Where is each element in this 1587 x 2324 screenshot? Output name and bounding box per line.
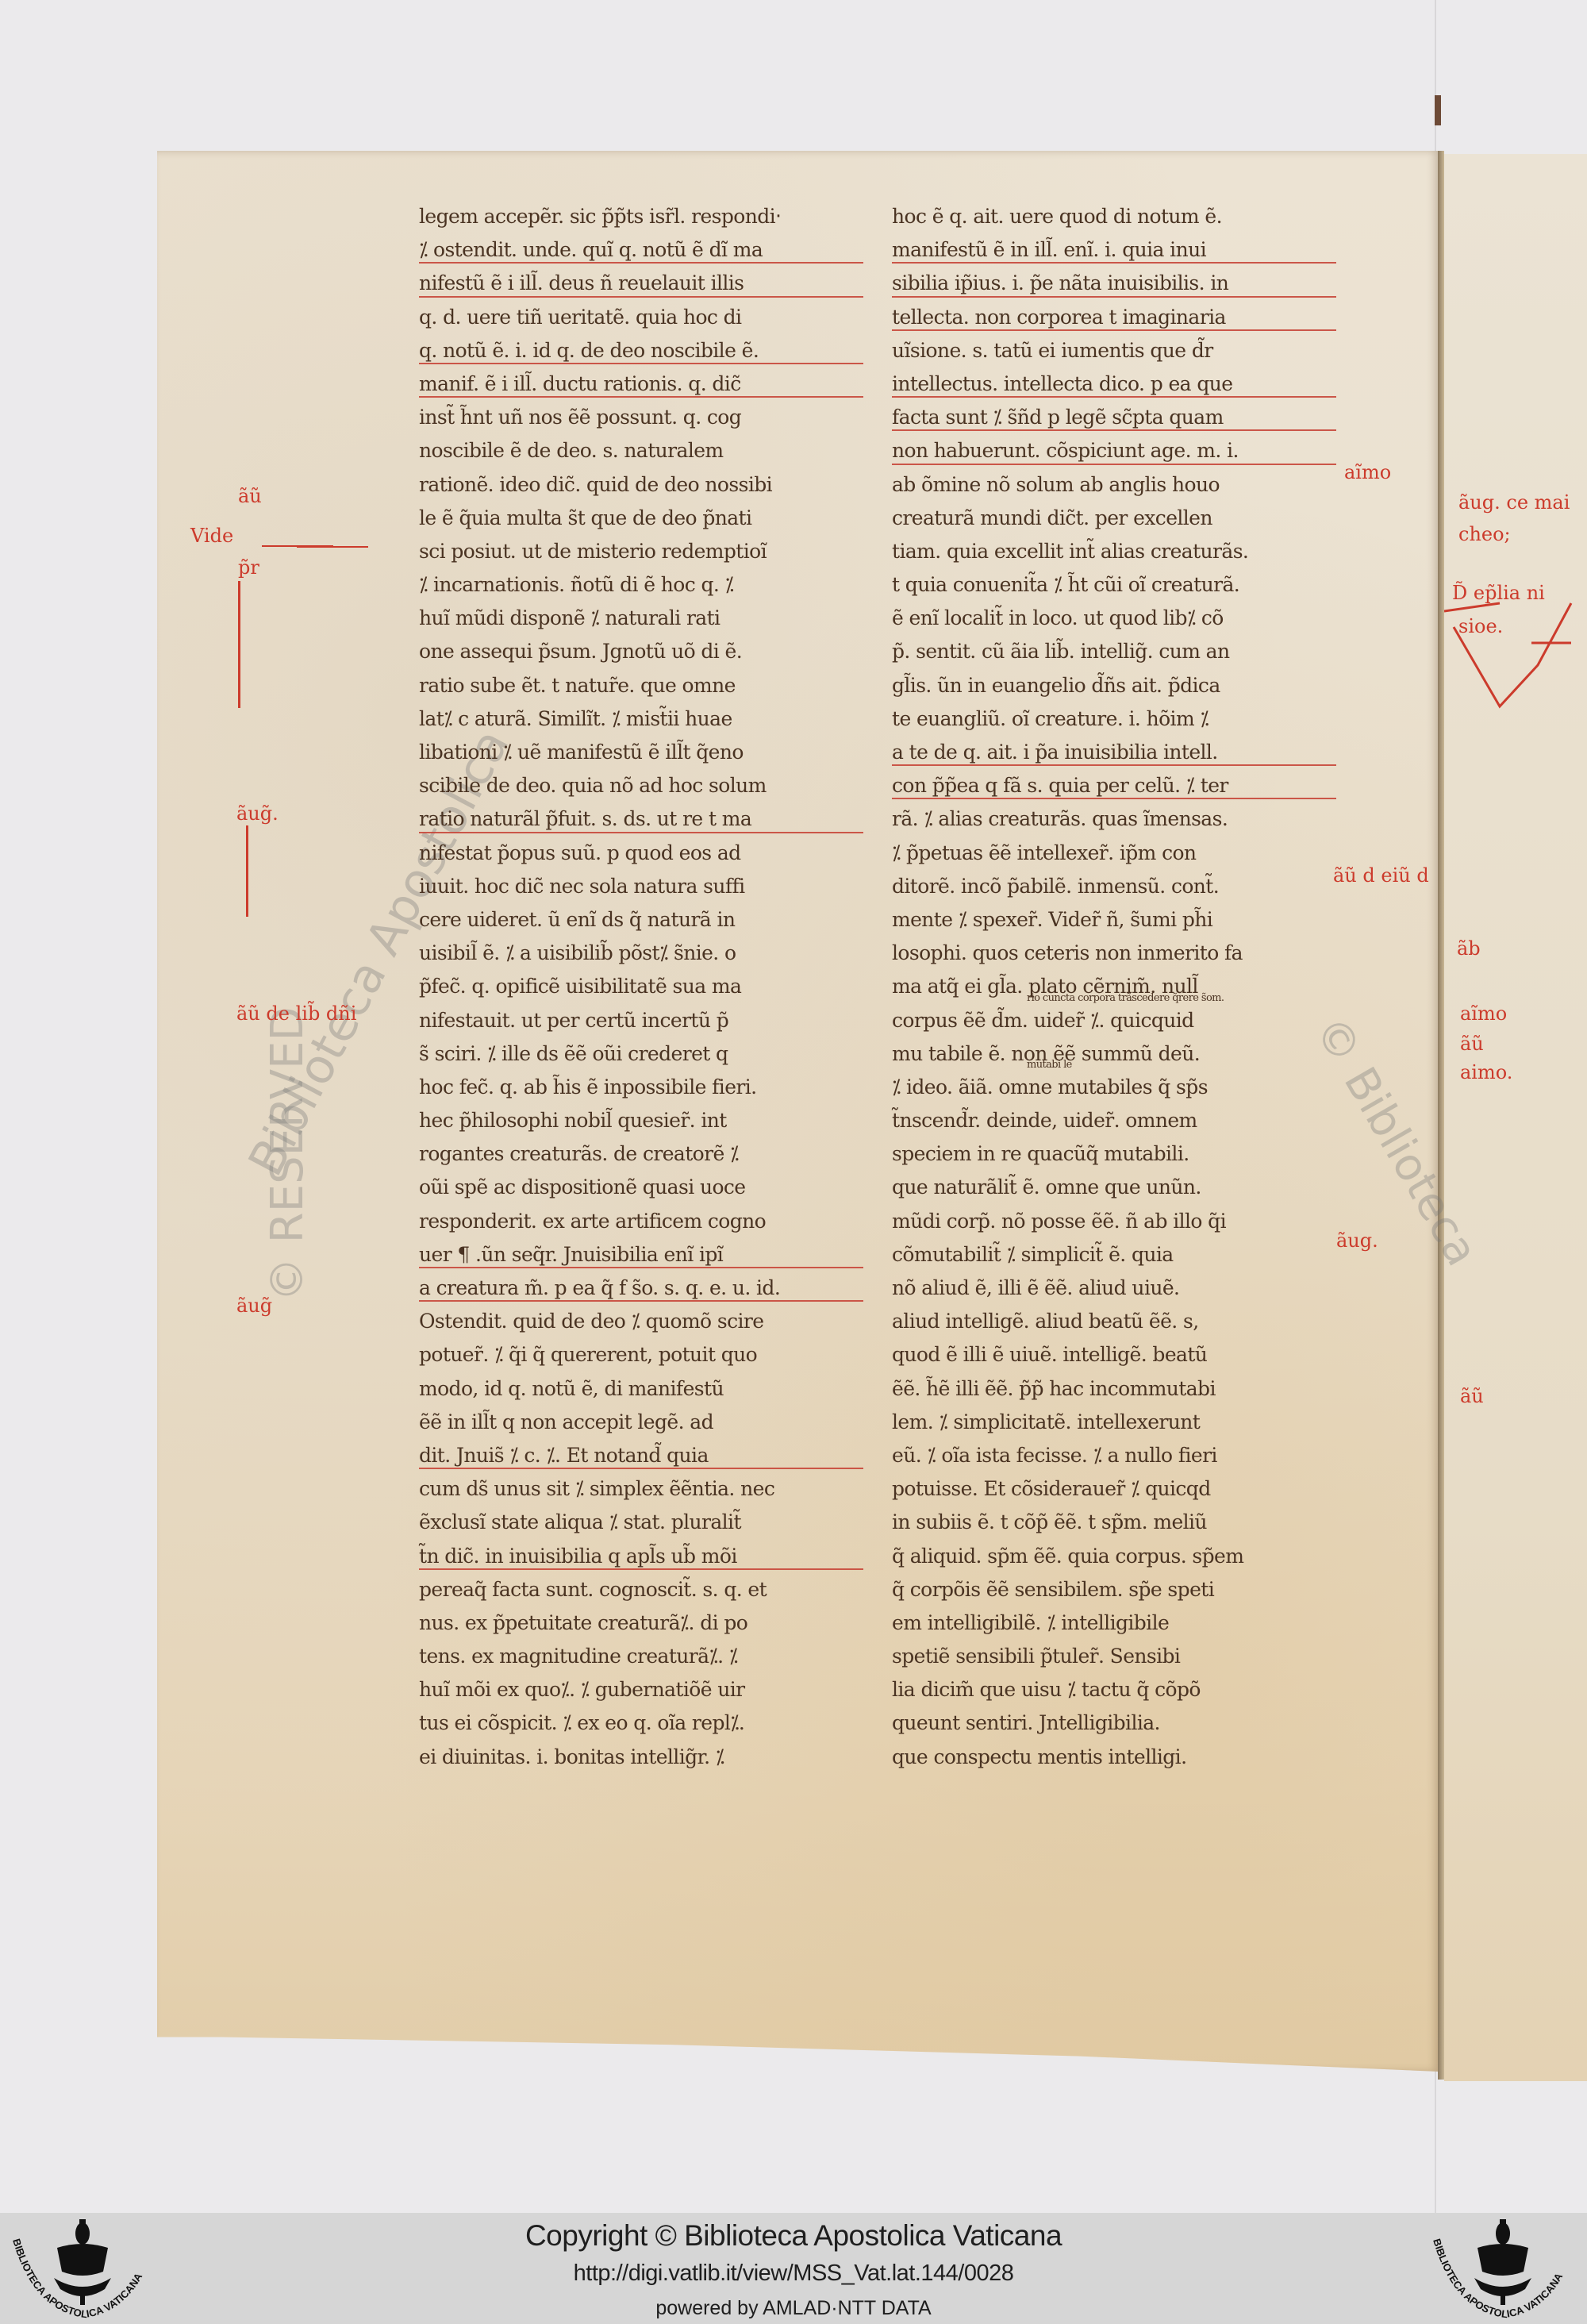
manuscript-line: queunt sentiri. Jntelligibilia. — [892, 1706, 1336, 1740]
manuscript-line: ditorẽ. incõ p̃abilẽ. inmensũ. cont̃… — [892, 870, 1336, 903]
manuscript-line: in subiis ẽ. t cõp̃ ẽẽ. t sp̃m. meli… — [892, 1506, 1336, 1539]
manuscript-line: t̃nscend̃r. deinde, uider̃. omnem — [892, 1104, 1336, 1137]
manuscript-line: ab õmine nõ solum ab anglis houo — [892, 468, 1336, 502]
manuscript-line: ⁒ incarnationis. ñotũ di ẽ hoc q. ⁒ — [419, 568, 863, 602]
manuscript-line: q̃ corpõis ẽẽ sensibilem. sp̃e speti — [892, 1573, 1336, 1606]
powered-by-text: powered by AMLAD·NTT DATA — [0, 2297, 1587, 2320]
margin-bracket — [238, 581, 240, 708]
manuscript-line: s̃ sciri. ⁒ ille ds ẽẽ oũi crederet q — [419, 1037, 863, 1071]
manuscript-line: q. notũ ẽ. i. id q. de deo noscibile e… — [419, 334, 863, 367]
margin-note: aĩmo — [1344, 460, 1391, 484]
manuscript-line: q̃ aliquid. sp̃m ẽẽ. quia corpus. sp̃e… — [892, 1540, 1336, 1573]
margin-note: ãũ — [1460, 1032, 1484, 1056]
manuscript-line: libationi ⁒ uẽ manifestũ ẽ ill̃t q̃en… — [419, 736, 863, 769]
manuscript-line: nus. ex p̃petuitate creaturã⁒. di po — [419, 1606, 863, 1640]
manuscript-line: mũdi corp̃. nõ posse ẽẽ. ñ ab illo … — [892, 1205, 1336, 1238]
manuscript-line: ei diuinitas. i. bonitas intellig̃r. ⁒ — [419, 1741, 863, 1774]
margin-note: ãug̃. — [236, 802, 279, 825]
manuscript-line: modo, id q. notũ ẽ, di manifestũ — [419, 1372, 863, 1406]
manuscript-line: nifestauit. ut per certũ incertũ p̃ — [419, 1004, 863, 1037]
manuscript-line: hec p̃hilosophi nobil̃ quesier̃. int — [419, 1104, 863, 1137]
manuscript-line: scibile de deo. quia nõ ad hoc solum — [419, 769, 863, 802]
manuscript-line: mente ⁒ spexer̃. Vider̃ ñ, s̃umi ph̃i — [892, 903, 1336, 937]
manuscript-line: nifestat p̃opus suũ. p quod eos ad — [419, 837, 863, 870]
margin-note: ãb — [1457, 937, 1481, 960]
manuscript-line: que conspectu mentis intelligi. — [892, 1741, 1336, 1774]
manuscript-line: responderit. ex arte artificem cogno — [419, 1205, 863, 1238]
manuscript-line: manifestũ ẽ in ill̃. enĩ. i. quia inu… — [892, 233, 1336, 267]
manuscript-line: legem accepẽr. sic p̃p̃ts isr̃l. respon… — [419, 200, 863, 233]
manuscript-line: quod ẽ illi ẽ uiuẽ. intelligẽ. beatu… — [892, 1338, 1336, 1372]
manuscript-line: facta sunt ⁒ s̃ñd p legẽ sc̃pta quam — [892, 401, 1336, 434]
page-gutter — [1438, 151, 1444, 2080]
binding-tab — [1435, 95, 1441, 125]
margin-note: ãug. — [1336, 1229, 1378, 1252]
margin-bracket — [246, 825, 248, 917]
manuscript-line: gl̃is. ũn in euangelio d̃ñs ait. p̃dic… — [892, 669, 1336, 702]
manuscript-line: cõmutabilit̃ ⁒ simplicit̃ ẽ. quia — [892, 1238, 1336, 1272]
manuscript-line: ⁒ ostendit. unde. quĩ q. notũ ẽ dĩ m… — [419, 233, 863, 267]
manuscript-line: t quia conuenit̃a ⁒ h̃t cũi oĩ creatur… — [892, 568, 1336, 602]
manuscript-line: corpus ẽẽ d̃m. uider̃ ⁒. quicquid — [892, 1004, 1336, 1037]
manuscript-line: p̃. sentit. cũ ãia lib̃. intellig̃. cu… — [892, 635, 1336, 668]
watermark-text: © RESERVED — [262, 1006, 313, 1302]
manuscript-line: uer ¶ .ũn seq̃r. Jnuisibilia enĩ ipĩ — [419, 1238, 863, 1272]
manuscript-line: lem. ⁒ simplicitatẽ. intellexerunt — [892, 1406, 1336, 1439]
manuscript-line: aliud intelligẽ. aliud beatũ ẽẽ. s, — [892, 1305, 1336, 1338]
interlinear-gloss: rio cuncta corpora trãscedere q̃rere s̃… — [1027, 993, 1224, 1004]
manuscript-line: em intelligibilẽ. ⁒ intelligibile — [892, 1606, 1336, 1640]
margin-bracket — [297, 546, 368, 548]
manuscript-line: ẽẽ in ill̃t q non accepit legẽ. ad — [419, 1406, 863, 1439]
text-column-left: legem accepẽr. sic p̃p̃ts isr̃l. respon… — [419, 200, 863, 1774]
manuscript-line: le ẽ q̃uia multa s̃t que de deo p̃nati — [419, 502, 863, 535]
image-viewer[interactable]: Biblioteca Apostolica © RESERVED © Bibli… — [0, 0, 1587, 2213]
manuscript-line: hoc fec̃. q. ab h̃is ẽ inpossibile fier… — [419, 1071, 863, 1104]
manuscript-line: q. d. uere tiñ ueritatẽ. quia hoc di — [419, 301, 863, 334]
manuscript-line: tus ei cõspicit. ⁒ ex eo q. oĩa repl⁒. — [419, 1706, 863, 1740]
manuscript-line: tiam. quia excellit int̃ alias creaturã… — [892, 535, 1336, 568]
manuscript-line: dit. Jnuis̃ ⁒ c. ⁒. Et notand̃ quia — [419, 1439, 863, 1472]
manuscript-line: losophi. quos ceteris non inmerito fa — [892, 937, 1336, 970]
manuscript-line: iuuit. hoc dic̃ nec sola natura suffi — [419, 870, 863, 903]
manuscript-line: t̃n dic̃. in inuisibilia q apl̃s ub̃ mõ… — [419, 1540, 863, 1573]
manuscript-line: potuer̃. ⁒ q̃i q̃ quererent, potuit quo — [419, 1338, 863, 1372]
manuscript-line: ⁒ p̃petuas ẽẽ intellexer̃. ip̃m con — [892, 837, 1336, 870]
manuscript-line: manif. ẽ i ill̃. ductu rationis. q. dic… — [419, 367, 863, 401]
manuscript-line: con p̃p̃ea q fã s. quia per celũ. ⁒ te… — [892, 769, 1336, 802]
manuscript-line: sibilia ip̃ius. i. p̃e nãta inuisibilis… — [892, 267, 1336, 300]
margin-note: aimo. — [1460, 1060, 1512, 1084]
margin-note: ãũ de lib̃ dñi — [236, 1002, 356, 1025]
manuscript-line: a te de q. ait. i p̃a inuisibilia intell… — [892, 736, 1336, 769]
manuscript-line: a creatura m̃. p ea q̃ f s̃o. s. q. e. u… — [419, 1272, 863, 1305]
margin-note: ãũ — [238, 484, 262, 508]
margin-note: aĩmo — [1460, 1002, 1507, 1025]
manuscript-line: sci posiut. ut de misterio redemptioĩ — [419, 535, 863, 568]
manuscript-line: cere uideret. ũ enĩ ds q̃ naturã in — [419, 903, 863, 937]
manuscript-line: spetiẽ sensibili p̃tuler̃. Sensibi — [892, 1640, 1336, 1673]
manuscript-line: ratio sube ẽt. t natur̃e. que omne — [419, 669, 863, 702]
vatican-library-logo: BIBLIOTECA APOSTOLICA VATICANA — [1422, 2216, 1587, 2321]
margin-note: ãũ d eiũ d — [1333, 864, 1429, 887]
manuscript-line: one assequi p̃sum. Jgnotũ uõ di ẽ. — [419, 635, 863, 668]
manuscript-line: oũi spẽ ac dispositionẽ quasi uoce — [419, 1171, 863, 1204]
margin-note: D̃ ep̃lia ni — [1452, 581, 1545, 605]
footer: BIBLIOTECA APOSTOLICA VATICANA Copyright… — [0, 2213, 1587, 2324]
manuscript-line: hoc ẽ q. ait. uere quod di notum ẽ. — [892, 200, 1336, 233]
manuscript-line: ratio naturãl p̃fuit. s. ds. ut re t ma — [419, 802, 863, 836]
manuscript-line: lia dicim̃ que uisu ⁒ tactu q̃ cõpõ — [892, 1673, 1336, 1706]
manuscript-line: huĩ mũdi disponẽ ⁒ naturali rati — [419, 602, 863, 635]
margin-note: Vide — [190, 524, 233, 548]
manuscript-line: te euangliũ. oĩ creature. i. hõim ⁒ — [892, 702, 1336, 736]
manuscript-line: que naturãlit̃ ẽ. omne que unũn. — [892, 1171, 1336, 1204]
manuscript-line: ⁒ ideo. ãiã. omne mutabiles q̃ sp̃s — [892, 1071, 1336, 1104]
margin-note: ãug. ce mai — [1458, 491, 1570, 514]
interlinear-gloss: mutabi le — [1027, 1060, 1072, 1071]
manuscript-line: potuisse. Et cõsiderauer̃ ⁒ quicqd — [892, 1472, 1336, 1506]
copyright-text: Copyright © Biblioteca Apostolica Vatica… — [0, 2219, 1587, 2253]
manuscript-line: tellecta. non corporea t imaginaria — [892, 301, 1336, 334]
manuscript-line: non habuerunt. cõspiciunt age. m. i. — [892, 434, 1336, 467]
manuscript-line: ẽẽ. h̃ẽ illi ẽẽ. p̃p̃ hac incommuta… — [892, 1372, 1336, 1406]
permalink-url[interactable]: http://digi.vatlib.it/view/MSS_Vat.lat.1… — [0, 2261, 1587, 2287]
manuscript-line: huĩ mõi ex quo⁒. ⁒ gubernatiõẽ uir — [419, 1673, 863, 1706]
manuscript-line: lat⁒ c aturã. Similĩt. ⁒ mist̃ii huae — [419, 702, 863, 736]
manuscript-line: speciem in re quacũq̃ mutabili. — [892, 1137, 1336, 1171]
manuscript-line: creaturã mundi dic̃t. per excellen — [892, 502, 1336, 535]
manuscript-line: tens. ex magnitudine creaturã⁒. ⁒ — [419, 1640, 863, 1673]
margin-note: sioe. — [1458, 614, 1503, 638]
manuscript-line: nifestũ ẽ i ill̃. deus ñ reuelauit il… — [419, 267, 863, 300]
manuscript-line: p̃fec̃. q. opificẽ uisibilitatẽ sua ma — [419, 970, 863, 1003]
manuscript-line: eũ. ⁒ oĩa ista fecisse. ⁒ a nullo fier… — [892, 1439, 1336, 1472]
manuscript-line: rogantes creaturãs. de creatorẽ ⁒ — [419, 1137, 863, 1171]
manuscript-line: ẽ enĩ localit̃ in loco. ut quod lib⁒ c… — [892, 602, 1336, 635]
manuscript-line: cum ds̃ unus sit ⁒ simplex ẽẽntia. nec — [419, 1472, 863, 1506]
manuscript-line: inst̃ h̃nt uñ nos ẽẽ possunt. q. cog — [419, 401, 863, 434]
manuscript-line: rã. ⁒ alias creaturãs. quas ĩmensas. — [892, 802, 1336, 836]
margin-note: cheo; — [1458, 522, 1511, 546]
facing-page — [1444, 154, 1587, 2081]
margin-note: p̃r — [238, 556, 259, 579]
manuscript-line: rationẽ. ideo dic̃. quid de deo nossibi — [419, 468, 863, 502]
margin-note: ãug̃ — [236, 1294, 272, 1318]
manuscript-line: ẽxclusĩ state aliqua ⁒ stat. pluralit̃ — [419, 1506, 863, 1539]
manuscript-line: uĩsione. s. tatũ ei iumentis que d̃r — [892, 334, 1336, 367]
manuscript-line: mu tabile ẽ. non ẽẽ summũ deũ. — [892, 1037, 1336, 1071]
manuscript-line: noscibile ẽ de deo. s. naturalem — [419, 434, 863, 467]
margin-note: ãũ — [1460, 1384, 1484, 1408]
manuscript-line: Ostendit. quid de deo ⁒ quomõ scire — [419, 1305, 863, 1338]
manuscript-line: nõ aliud ẽ, illi ẽ ẽẽ. aliud uiuẽ. — [892, 1272, 1336, 1305]
manuscript-line: uisibil̃ ẽ. ⁒ a uisibilib̃ põst⁒ s̃nie… — [419, 937, 863, 970]
manuscript-line: pereaq̃ facta sunt. cognoscit̃. s. q. et — [419, 1573, 863, 1606]
manuscript-line: intellectus. intellecta dico. p ea que — [892, 367, 1336, 401]
text-column-right: hoc ẽ q. ait. uere quod di notum ẽ.man… — [892, 200, 1336, 1774]
